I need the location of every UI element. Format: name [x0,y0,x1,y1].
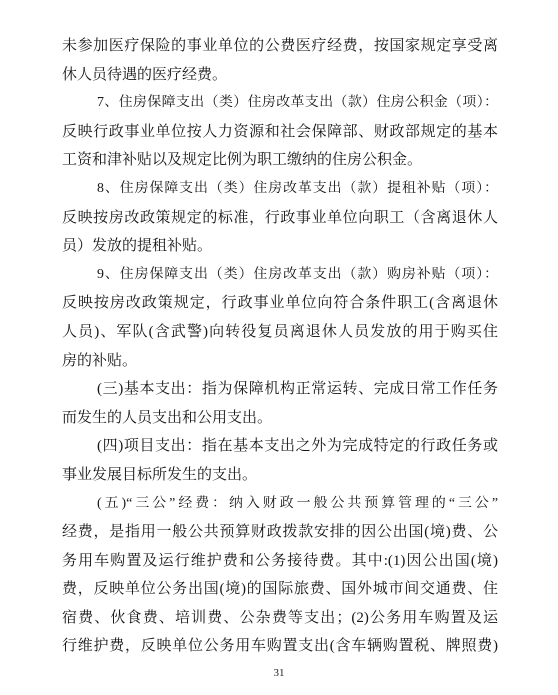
text-line: 房的补贴。 [62,347,498,376]
paragraph-medical-expense-continuation: 未参加医疗保险的事业单位的公费医疗经费，按国家规定享受离 休人员待遇的医疗经费。 [62,32,498,89]
text-line: 休人员待遇的医疗经费。 [62,61,498,90]
page-number: 31 [0,666,558,680]
text-line: 反映行政事业单位按人力资源和社会保障部、财政部规定的基本 [62,118,498,147]
text-line: 费，反映单位公务出国(境)的国际旅费、国外城市间交通费、住 [62,575,498,604]
text-line: 反映按房改政策规定的标准，行政事业单位向职工（含离退休人 [62,204,498,233]
text-line: 而发生的人员支出和公用支出。 [62,404,498,433]
text-line: 反映按房改政策规定，行政事业单位向符合条件职工(含离退休 [62,289,498,318]
text-line: 工资和津补贴以及规定比例为职工缴纳的住房公积金。 [62,146,498,175]
text-line: 事业发展目标所发生的支出。 [62,461,498,490]
paragraph-item-4-project-expenditure: (四)项目支出：指在基本支出之外为完成特定的行政任务或 事业发展目标所发生的支出… [62,432,498,489]
document-page: 未参加医疗保险的事业单位的公费医疗经费，按国家规定享受离 休人员待遇的医疗经费。… [0,0,558,695]
paragraph-item-8-rent-raise-subsidy: 8、住房保障支出（类）住房改革支出（款）提租补贴（项）： 反映按房改政策规定的标… [62,175,498,261]
paragraph-item-9-house-purchase-subsidy: 9、住房保障支出（类）住房改革支出（款）购房补贴（项）： 反映按房改政策规定，行… [62,261,498,375]
text-line: (五)“三公”经费：纳入财政一般公共预算管理的“三公” [62,490,498,519]
text-line: 人员)、军队(含武警)向转役复员离退休人员发放的用于购买住 [62,318,498,347]
text-line: 行维护费，反映单位公务用车购置支出(含车辆购置税、牌照费) [62,632,498,661]
document-body: 未参加医疗保险的事业单位的公费医疗经费，按国家规定享受离 休人员待遇的医疗经费。… [62,32,498,661]
paragraph-item-3-basic-expenditure: (三)基本支出：指为保障机构正常运转、完成日常工作任务 而发生的人员支出和公用支… [62,375,498,432]
text-line: 务用车购置及运行维护费和公务接待费。其中:(1)因公出国(境) [62,547,498,576]
text-line: (四)项目支出：指在基本支出之外为完成特定的行政任务或 [62,432,498,461]
paragraph-item-5-three-public-funds: (五)“三公”经费：纳入财政一般公共预算管理的“三公” 经费，是指用一般公共预算… [62,490,498,662]
text-line: 员）发放的提租补贴。 [62,232,498,261]
text-line: 7、住房保障支出（类）住房改革支出（款）住房公积金（项）： [62,89,498,118]
text-line: 8、住房保障支出（类）住房改革支出（款）提租补贴（项）： [62,175,498,204]
text-line: 9、住房保障支出（类）住房改革支出（款）购房补贴（项）： [62,261,498,290]
text-line: 宿费、伙食费、培训费、公杂费等支出；(2)公务用车购置及运 [62,604,498,633]
paragraph-item-7-housing-provident-fund: 7、住房保障支出（类）住房改革支出（款）住房公积金（项）： 反映行政事业单位按人… [62,89,498,175]
text-line: (三)基本支出：指为保障机构正常运转、完成日常工作任务 [62,375,498,404]
text-line: 未参加医疗保险的事业单位的公费医疗经费，按国家规定享受离 [62,32,498,61]
text-line: 经费，是指用一般公共预算财政拨款安排的因公出国(境)费、公 [62,518,498,547]
